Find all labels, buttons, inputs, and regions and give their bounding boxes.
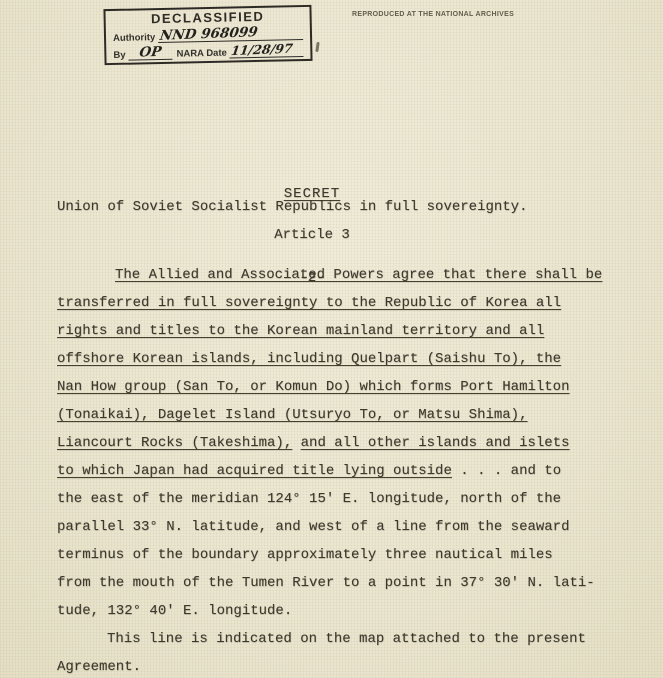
- typed-text: [292, 435, 300, 451]
- stamp-authority-value: NND 968099: [159, 26, 258, 43]
- typed-text: the east of the meridian 124° 15' E. lon…: [57, 491, 561, 507]
- typed-line: offshore Korean islands, including Quelp…: [57, 345, 642, 373]
- underlined-text: to which Japan had acquired title lying …: [57, 463, 452, 479]
- stamp-authority-label: Authority: [113, 32, 158, 44]
- stamp-by-value: OP: [139, 46, 163, 60]
- underlined-text: offshore Korean islands, including Quelp…: [57, 351, 561, 367]
- typed-line: Agreement.: [57, 653, 642, 678]
- stamp-date-value: 11/28/97: [231, 42, 294, 57]
- underlined-text: transferred in full sovereignty to the R…: [57, 295, 561, 311]
- stamp-by-line: OP: [128, 46, 172, 61]
- typed-line: Nan How group (San To, or Komun Do) whic…: [57, 373, 642, 401]
- typed-text: tude, 132° 40' E. longitude.: [57, 603, 292, 619]
- underlined-text: The Allied and Associated Powers agree t…: [115, 267, 602, 283]
- typed-text: parallel 33° N. latitude, and west of a …: [57, 519, 569, 535]
- typed-line: transferred in full sovereignty to the R…: [57, 289, 642, 317]
- typed-text: Union of Soviet Socialist Republics in f…: [57, 199, 527, 215]
- document-body: Union of Soviet Socialist Republics in f…: [57, 193, 642, 678]
- underlined-text: rights and titles to the Korean mainland…: [57, 323, 544, 339]
- scanned-document-page: DECLASSIFIED Authority NND 968099 By OP …: [0, 0, 663, 678]
- declassified-stamp: DECLASSIFIED Authority NND 968099 By OP …: [103, 5, 312, 65]
- typed-text: Article 3: [274, 227, 350, 243]
- underlined-text: Liancourt Rocks (Takeshima),: [57, 435, 292, 451]
- typed-line: (Tonaikai), Dagelet Island (Utsuryo To, …: [57, 401, 642, 429]
- typed-text: This line is indicated on the map attach…: [107, 631, 586, 647]
- typed-text: Agreement.: [57, 659, 141, 675]
- underlined-text: Nan How group (San To, or Komun Do) whic…: [57, 379, 569, 395]
- typed-line: The Allied and Associated Powers agree t…: [57, 261, 642, 289]
- typed-text: terminus of the boundary approximately t…: [57, 547, 553, 563]
- underlined-text: (Tonaikai), Dagelet Island (Utsuryo To, …: [57, 407, 527, 423]
- typed-line: parallel 33° N. latitude, and west of a …: [57, 513, 642, 541]
- typed-line: terminus of the boundary approximately t…: [57, 541, 642, 569]
- typed-line: Union of Soviet Socialist Republics in f…: [57, 193, 642, 221]
- archives-note: REPRODUCED AT THE NATIONAL ARCHIVES: [352, 11, 514, 18]
- typed-line: This line is indicated on the map attach…: [57, 625, 642, 653]
- stamp-date-label: NARA Date: [172, 48, 230, 60]
- stamp-by-label: By: [113, 50, 128, 61]
- stamp-date-line: 11/28/97: [230, 42, 304, 59]
- typed-line: to which Japan had acquired title lying …: [57, 457, 642, 485]
- typed-text: . . . and to: [452, 463, 561, 479]
- typed-line: tude, 132° 40' E. longitude.: [57, 597, 642, 625]
- ink-speck: [315, 42, 319, 52]
- typed-line: Article 3: [57, 221, 567, 249]
- typed-line: Liancourt Rocks (Takeshima), and all oth…: [57, 429, 642, 457]
- underlined-text: and all other islands and islets: [301, 435, 570, 451]
- typed-line: the east of the meridian 124° 15' E. lon…: [57, 485, 642, 513]
- typed-line: rights and titles to the Korean mainland…: [57, 317, 642, 345]
- typed-text: from the mouth of the Tumen River to a p…: [57, 575, 595, 591]
- typed-line: from the mouth of the Tumen River to a p…: [57, 569, 642, 597]
